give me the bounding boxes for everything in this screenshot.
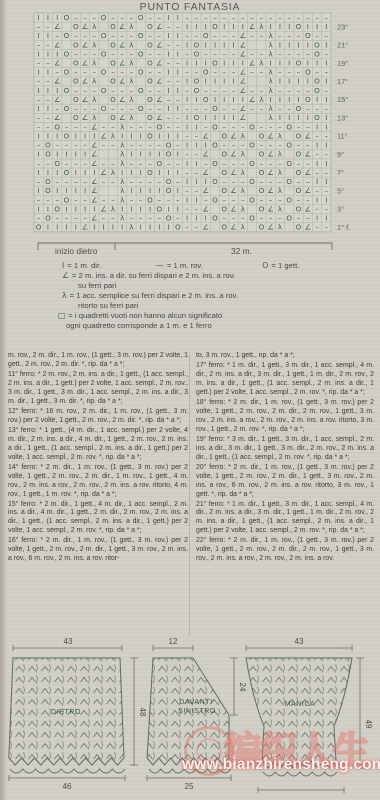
chart-cell-symbol: – (74, 141, 78, 150)
chart-cell-symbol: I (47, 13, 49, 22)
chart-cell-symbol: – (185, 31, 189, 40)
chart-cell-symbol: I (279, 113, 281, 122)
chart-cell-symbol: O (212, 22, 218, 31)
chart-cell-symbol: O (110, 113, 116, 122)
chart-cell-symbol: – (269, 214, 273, 223)
chart-cell-symbol: ∠ (91, 195, 97, 204)
chart-cell-symbol: λ (129, 40, 134, 49)
chart-cell-symbol: – (204, 122, 208, 131)
chart-cell-symbol: O (156, 159, 162, 168)
chart-cell-symbol: – (325, 31, 329, 40)
chart-cell-symbol: – (74, 122, 78, 131)
chart-cell-symbol: I (279, 95, 281, 104)
chart-cell-symbol: – (204, 195, 208, 204)
instructions-column-right: to, 3 m. rov., 1 gett., rip. da * a *;17… (196, 352, 374, 565)
chart-cell-symbol: – (260, 104, 264, 113)
chart-cell-symbol: O (45, 214, 51, 223)
chart-row-label: 9° (337, 150, 344, 159)
chart-cell-symbol: – (315, 186, 319, 195)
chart-cell-symbol: O (147, 132, 153, 141)
chart-cell-symbol: ∠ (230, 168, 236, 177)
chart-cell-symbol: I (279, 59, 281, 68)
chart-cell-symbol: I (195, 22, 197, 31)
chart-row-label: 21° (337, 41, 348, 50)
chart-cell-symbol: I (84, 186, 86, 195)
chart-cell-symbol: I (93, 132, 95, 141)
chart-cell-symbol: – (185, 204, 189, 213)
chart-cell-symbol: λ (241, 168, 246, 177)
chart-cell-symbol: – (213, 68, 217, 77)
chart-cell-symbol: O (110, 22, 116, 31)
chart-cell-symbol: I (130, 168, 132, 177)
chart-cell-symbol: O (296, 22, 302, 31)
chart-cell-symbol: O (212, 177, 218, 186)
chart-cell-symbol: I (195, 159, 197, 168)
chart-cell-symbol: I (195, 95, 197, 104)
chart-cell-symbol: ∠ (202, 223, 208, 232)
chart-cell-symbol: I (140, 223, 142, 232)
chart-cell-symbol: – (287, 68, 291, 77)
chart-cell-symbol: – (130, 177, 134, 186)
stitch-chart-svg: IIIO–––O–––O––II––––––––––––––––––∠O∠λO∠… (33, 12, 380, 235)
chart-cell-symbol: I (223, 22, 225, 31)
chart-cell-symbol: I (84, 168, 86, 177)
chart-cell-symbol: O (101, 13, 107, 22)
chart-cell-symbol: O (259, 150, 265, 159)
chart-cell-symbol: – (250, 13, 254, 22)
chart-cell-symbol: ∠ (267, 204, 273, 213)
chart-cell-symbol: I (56, 223, 58, 232)
chart-cell-symbol: ∠ (267, 168, 273, 177)
chart-cell-symbol: – (195, 132, 199, 141)
chart-cell-symbol: O (166, 186, 172, 195)
chart-cell-symbol: I (177, 186, 179, 195)
chart-cell-symbol: – (65, 122, 69, 131)
legend-row-ssk: λ= 1 acc. semplice su ferri dispari e 2 … (0, 291, 380, 301)
chart-cell-symbol: – (130, 86, 134, 95)
chart-cell-symbol: I (325, 22, 327, 31)
chart-cell-symbol: – (111, 214, 115, 223)
yarnover-def: = 1 gett. (271, 261, 299, 270)
chart-cell-symbol: – (325, 223, 329, 232)
chart-cell-symbol: I (288, 22, 290, 31)
chart-cell-symbol: I (232, 113, 234, 122)
chart-cell-symbol: – (130, 13, 134, 22)
chart-cell-symbol: – (315, 104, 319, 113)
chart-cell-symbol: – (102, 141, 106, 150)
chart-cell-symbol: I (56, 186, 58, 195)
chart-cell-symbol: – (278, 31, 282, 40)
chart-cell-symbol: – (158, 214, 162, 223)
chart-cell-symbol: – (297, 195, 301, 204)
chart-cell-symbol: – (37, 77, 41, 86)
chart-cell-symbol: ∠ (267, 186, 273, 195)
chart-cell-symbol: I (316, 159, 318, 168)
chart-cell-symbol: O (314, 86, 320, 95)
chart-cell-symbol: – (287, 13, 291, 22)
chart-cell-symbol: – (111, 86, 115, 95)
chart-cell-symbol: – (130, 159, 134, 168)
chart-cell-symbol: I (121, 168, 123, 177)
chart-cell-symbol: – (213, 86, 217, 95)
chart-cell-symbol: – (222, 49, 226, 58)
chart-cell-symbol: – (278, 49, 282, 58)
chart-cell-symbol: ∠ (100, 204, 106, 213)
chart-cell-symbol: – (222, 31, 226, 40)
chart-cell-symbol: ∠ (119, 40, 125, 49)
chart-cell-symbol: I (140, 132, 142, 141)
chart-cell-symbol: – (222, 68, 226, 77)
chart-cell-symbol: – (148, 159, 152, 168)
chart-cell-symbol: – (74, 86, 78, 95)
chart-cell-symbol: – (46, 195, 50, 204)
chart-cell-symbol: λ (92, 95, 97, 104)
chart-cell-symbol: – (93, 86, 97, 95)
chart-cell-symbol: λ (120, 214, 125, 223)
chart-cell-symbol: – (148, 122, 152, 131)
piece-manica-shape (246, 658, 352, 768)
chart-cell-symbol: λ (120, 159, 125, 168)
chart-cell-symbol: λ (92, 40, 97, 49)
chart-cell-symbol: – (74, 177, 78, 186)
chart-cell-symbol: I (56, 86, 58, 95)
chart-cell-symbol: I (38, 104, 40, 113)
chart-cell-symbol: – (111, 13, 115, 22)
chart-cell-symbol: O (64, 195, 70, 204)
chart-cell-symbol: I (325, 141, 327, 150)
chart-cell-symbol: O (314, 49, 320, 58)
chart-cell-symbol: O (286, 195, 292, 204)
chart-cell-symbol: O (296, 168, 302, 177)
chart-cell-symbol: – (158, 13, 162, 22)
chart-cell-symbol: O (212, 59, 218, 68)
chart-cell-symbol: – (232, 159, 236, 168)
chart-cell-symbol: – (46, 122, 50, 131)
chart-cell-symbol: I (149, 204, 151, 213)
chart-cell-symbol: ∠ (249, 95, 255, 104)
legend-row-k2tog: ∠= 2 m. ins. a dir. su ferri dispari e 2… (0, 271, 380, 281)
chart-cell-symbol: – (306, 195, 310, 204)
chart-cell-symbol: – (83, 214, 87, 223)
chart-cell-symbol: – (185, 68, 189, 77)
chart-cell-symbol: I (149, 150, 151, 159)
chart-cell-symbol: – (83, 49, 87, 58)
chart-cell-symbol: I (47, 31, 49, 40)
chart-cell-symbol: – (297, 86, 301, 95)
chart-cell-symbol: I (232, 40, 234, 49)
chart-cell-symbol: O (110, 77, 116, 86)
chart-cell-symbol: – (260, 141, 264, 150)
chart-cell-symbol: – (111, 122, 115, 131)
chart-cell-symbol: O (305, 68, 311, 77)
chart-cell-symbol: – (37, 177, 41, 186)
chart-cell-symbol: – (222, 86, 226, 95)
chart-start-label: inizio dietro (55, 246, 97, 256)
chart-cell-symbol: O (212, 141, 218, 150)
chart-cell-symbol: I (130, 150, 132, 159)
chart-cell-symbol: I (168, 104, 170, 113)
chart-cell-symbol: I (177, 31, 179, 40)
chart-cell-symbol: I (186, 141, 188, 150)
chart-cell-symbol: ∠ (240, 104, 246, 113)
chart-cell-symbol: λ (120, 122, 125, 131)
chart-cell-symbol: I (297, 95, 299, 104)
chart-cell-symbol: – (102, 177, 106, 186)
chart-cell-symbol: I (232, 77, 234, 86)
chart-cell-symbol: I (56, 132, 58, 141)
chart-cell-symbol: I (140, 186, 142, 195)
chart-cell-symbol: I (177, 49, 179, 58)
chart-cell-symbol: – (222, 122, 226, 131)
chart-cell-symbol: O (54, 122, 60, 131)
chart-cell-symbol: – (269, 141, 273, 150)
chart-cell-symbol: – (74, 49, 78, 58)
chart-cell-symbol: – (130, 68, 134, 77)
chart-cell-symbol: I (205, 113, 207, 122)
chart-cell-symbol: I (223, 59, 225, 68)
chart-cell-symbol: λ (259, 95, 264, 104)
chart-cell-symbol: O (194, 77, 200, 86)
instruction-paragraph: to, 3 m. rov., 1 gett., rip. da * a *; (196, 352, 374, 361)
chart-cell-symbol: λ (120, 141, 125, 150)
chart-cell-symbol: – (297, 159, 301, 168)
chart-cell-symbol: λ (278, 186, 283, 195)
chart-cell-symbol: – (176, 141, 180, 150)
chart-cell-symbol: ∠ (305, 186, 311, 195)
chart-cell-symbol: – (158, 195, 162, 204)
chart-cell-symbol: O (147, 95, 153, 104)
chart-cell-symbol: – (130, 122, 134, 131)
chart-cell-symbol: O (64, 31, 70, 40)
instruction-paragraph: 11° ferro: * 2 m. rov., 2 m. ins. a dir.… (8, 371, 188, 407)
chart-cell-symbol: I (177, 132, 179, 141)
chart-cell-symbol: ∠ (156, 77, 162, 86)
chart-cell-symbol: – (241, 177, 245, 186)
chart-cell-symbol: λ (268, 77, 273, 86)
chart-cell-symbol: – (222, 141, 226, 150)
chart-cell-symbol: I (195, 195, 197, 204)
chart-cell-symbol: – (139, 141, 143, 150)
chart-cell-symbol: – (83, 68, 87, 77)
chart-cell-symbol: I (195, 177, 197, 186)
chart-cell-symbol: – (204, 49, 208, 58)
chart-cell-symbol: – (55, 31, 59, 40)
chart-cell-symbol: I (214, 77, 216, 86)
chart-cell-symbol: – (204, 159, 208, 168)
chart-cell-symbol: I (205, 40, 207, 49)
chart-cell-symbol: I (168, 204, 170, 213)
instruction-paragraph: 20° ferro: * 2 m. dir., 1 m. rov., (1 ge… (196, 464, 374, 500)
chart-cell-symbol: O (73, 77, 79, 86)
instruction-paragraph: 12° ferro: * 16 m. rov., 2 m. dir., 1 m.… (8, 408, 188, 426)
chart-cell-symbol: I (93, 223, 95, 232)
chart-cell-symbol: I (205, 141, 207, 150)
chart-row-labels: 23°21°19°17°15°13°11°9°7°5°3°1° f. (337, 22, 350, 232)
chart-cell-symbol: – (55, 104, 59, 113)
chart-cell-symbol: ∠ (202, 168, 208, 177)
chart-cell-symbol: I (316, 214, 318, 223)
chart-cell-symbol: – (278, 68, 282, 77)
chart-cell-symbol: O (296, 132, 302, 141)
chart-cell-symbol: I (325, 77, 327, 86)
chart-cell-symbol: O (138, 13, 144, 22)
chart-cell-symbol: O (212, 214, 218, 223)
chart-cell-symbol: λ (278, 168, 283, 177)
chart-cell-symbol: – (325, 168, 329, 177)
chart-cell-symbol: I (47, 168, 49, 177)
chart-cell-symbol: – (120, 104, 124, 113)
chart-cell-symbol: – (37, 95, 41, 104)
chart-cell-symbol: I (168, 49, 170, 58)
chart-cell-symbol: I (93, 168, 95, 177)
chart-cell-symbol: I (177, 150, 179, 159)
chart-cell-symbol: – (287, 86, 291, 95)
chart-cell-symbol: ∠ (91, 141, 97, 150)
chart-cell-symbol: – (74, 104, 78, 113)
chart-cell-symbol: – (325, 150, 329, 159)
chart-cell-symbol: – (278, 159, 282, 168)
chart-cell-symbol: – (130, 214, 134, 223)
chart-cell-symbol: – (250, 104, 254, 113)
chart-cell-symbol: λ (129, 95, 134, 104)
chart-cell-symbol: – (148, 86, 152, 95)
chart-cell-symbol: I (177, 104, 179, 113)
chart-cell-symbol: λ (129, 113, 134, 122)
chart-cell-symbol: – (185, 49, 189, 58)
chart-cell-symbol: I (38, 204, 40, 213)
chart-cell-symbol: – (74, 31, 78, 40)
chart-cell-symbol: – (111, 159, 115, 168)
chart-cell-symbol: I (75, 186, 77, 195)
chart-cell-symbol: – (176, 95, 180, 104)
chart-cell-symbol: O (138, 104, 144, 113)
chart-cell-symbol: – (55, 68, 59, 77)
chart-cell-symbol: I (288, 40, 290, 49)
chart-cell-symbol: – (74, 159, 78, 168)
chart-cell-symbol: – (120, 86, 124, 95)
dietro-top-measure: 43 (64, 637, 73, 646)
chart-cell-symbol: O (45, 177, 51, 186)
chart-cell-symbol: – (297, 31, 301, 40)
chart-cell-symbol: – (55, 214, 59, 223)
chart-cell-symbol: – (74, 68, 78, 77)
chart-cell-symbol: – (232, 13, 236, 22)
chart-cell-symbol: ∠ (230, 223, 236, 232)
chart-cell-symbol: I (47, 68, 49, 77)
chart-cell-symbol: O (212, 122, 218, 131)
chart-cell-symbol: ∠ (54, 77, 60, 86)
chart-cell-symbol: O (101, 31, 107, 40)
chart-cell-symbol: ∠ (156, 95, 162, 104)
chart-cell-symbol: – (306, 159, 310, 168)
chart-cell-symbol: ∠ (202, 186, 208, 195)
chart-cell-symbol: λ (120, 150, 125, 159)
chart-cell-symbol: – (287, 31, 291, 40)
chart-cell-symbol: ∠ (267, 132, 273, 141)
chart-cell-symbol: I (84, 132, 86, 141)
chart-cell-symbol: O (259, 132, 265, 141)
chart-cell-symbol: ∠ (230, 186, 236, 195)
chart-cell-symbol: – (65, 159, 69, 168)
chart-cell-symbol: I (186, 214, 188, 223)
chart-cell-symbol: – (325, 68, 329, 77)
chart-cell-symbol: – (325, 104, 329, 113)
chart-cell-symbol: I (177, 204, 179, 213)
chart-cell-symbol: O (296, 104, 302, 113)
chart-cell-symbol: I (177, 168, 179, 177)
chart-cell-symbol: O (194, 40, 200, 49)
chart-cell-symbol: – (111, 104, 115, 113)
chart-cell-symbol: I (186, 113, 188, 122)
chart-cell-symbol: – (315, 150, 319, 159)
chart-cell-symbol: – (241, 141, 245, 150)
chart-cell-symbol: I (47, 132, 49, 141)
chart-cell-symbol: I (316, 177, 318, 186)
chart-cell-symbol: O (203, 68, 209, 77)
instruction-paragraph: 22° ferro: * 2 m. dir., 1 m. rov., (1 ge… (196, 537, 374, 564)
chart-cell-symbol: λ (278, 223, 283, 232)
chart-cell-symbol: – (55, 195, 59, 204)
chart-cell-symbol: – (278, 86, 282, 95)
chart-cell-symbol: O (166, 141, 172, 150)
chart-cell-symbol: ∠ (240, 40, 246, 49)
chart-cell-symbol: I (297, 113, 299, 122)
chart-cell-symbol: O (296, 150, 302, 159)
chart-cell-symbol: – (130, 49, 134, 58)
chart-cell-symbol: – (241, 122, 245, 131)
chart-cell-symbol: O (147, 40, 153, 49)
chart-cell-symbol: I (75, 204, 77, 213)
chart-cell-symbol: ∠ (91, 186, 97, 195)
chart-cell-symbol: – (93, 104, 97, 113)
chart-cell-symbol: – (325, 132, 329, 141)
chart-cell-symbol: – (260, 177, 264, 186)
chart-cell-symbol: – (260, 68, 264, 77)
chart-cell-symbol: – (176, 113, 180, 122)
chart-cell-symbol: I (56, 168, 58, 177)
chart-cell-symbol: O (64, 104, 70, 113)
chart-cell-symbol: O (212, 195, 218, 204)
chart-cell-symbol: I (214, 40, 216, 49)
chart-cell-symbol: I (177, 68, 179, 77)
chart-cell-symbol: I (223, 113, 225, 122)
chart-cell-symbol: λ (268, 40, 273, 49)
chart-cell-symbol: ∠ (82, 113, 88, 122)
chart-cell-symbol: λ (241, 223, 246, 232)
chart-cell-symbol: I (242, 59, 244, 68)
chart-cell-symbol: λ (111, 204, 116, 213)
chart-cell-symbol: – (278, 214, 282, 223)
chart-cell-symbol: I (186, 59, 188, 68)
chart-cell-symbol: O (156, 204, 162, 213)
instruction-paragraph: 21° ferro: * 1 m. dir., 1 gett., 3 m. di… (196, 501, 374, 537)
chart-cell-symbol: I (214, 113, 216, 122)
chart-cell-symbol: – (195, 13, 199, 22)
chart-cell-symbol: ∠ (54, 95, 60, 104)
chart-cell-symbol: – (260, 86, 264, 95)
chart-cell-symbol: I (168, 132, 170, 141)
chart-cell-symbol: I (186, 159, 188, 168)
chart-cell-symbol: – (158, 49, 162, 58)
chart-cell-symbol: I (38, 49, 40, 58)
chart-cell-symbol: – (297, 13, 301, 22)
chart-cell-symbol: – (74, 214, 78, 223)
chart-cell-symbol: ∠ (240, 113, 246, 122)
chart-cell-symbol: O (138, 86, 144, 95)
chart-cell-symbol: I (270, 95, 272, 104)
chart-cell-symbol: I (130, 132, 132, 141)
chart-cell-symbol: – (148, 177, 152, 186)
